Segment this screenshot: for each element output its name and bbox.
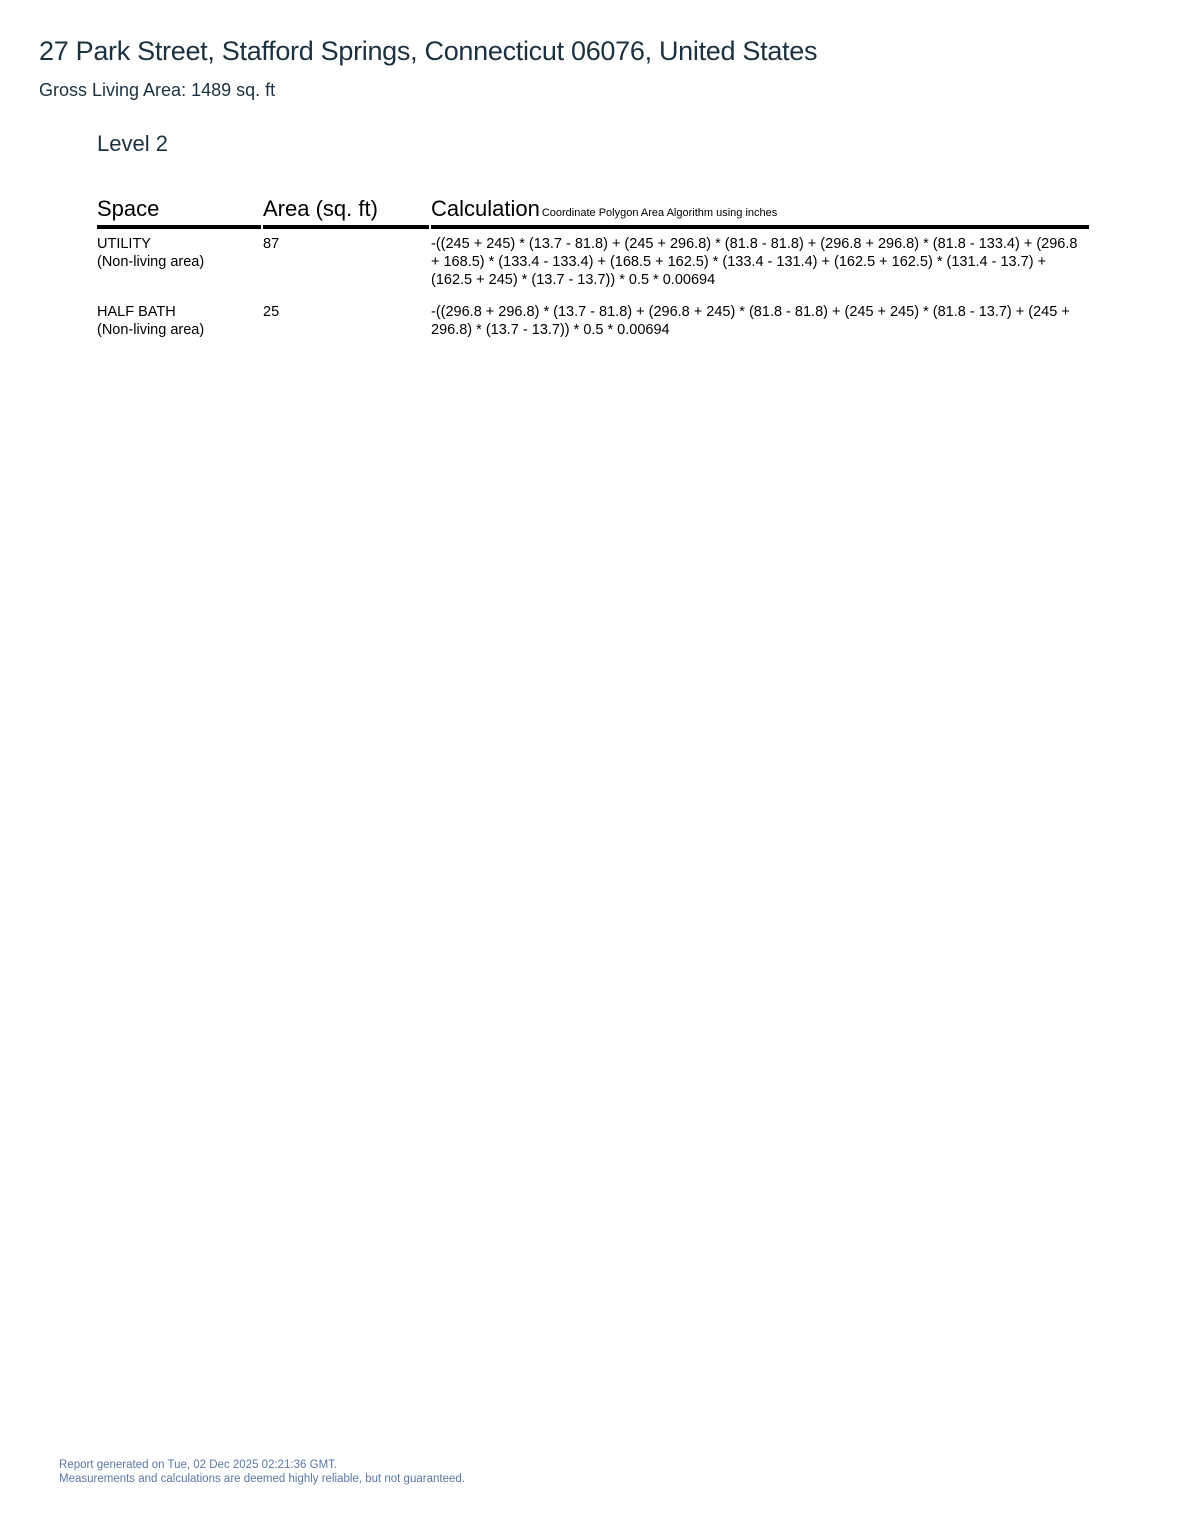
report-disclaimer-text: Measurements and calculations are deemed… [59, 1472, 465, 1486]
table-header-row: Space Area (sq. ft) CalculationCoordinat… [97, 196, 1089, 229]
column-header-calculation: CalculationCoordinate Polygon Area Algor… [431, 196, 1089, 229]
table-row: HALF BATH (Non-living area) 25 -((296.8 … [97, 297, 1089, 347]
calculation-method-note: Coordinate Polygon Area Algorithm using … [542, 207, 777, 219]
property-address: 27 Park Street, Stafford Springs, Connec… [39, 36, 817, 67]
space-name: UTILITY [97, 235, 261, 253]
gross-living-area: Gross Living Area: 1489 sq. ft [39, 80, 275, 101]
level-title: Level 2 [97, 131, 168, 157]
space-type: (Non-living area) [97, 253, 261, 271]
area-calculation-table: Space Area (sq. ft) CalculationCoordinat… [95, 196, 1091, 347]
space-cell: HALF BATH (Non-living area) [97, 297, 261, 347]
area-cell: 25 [263, 297, 429, 347]
column-header-space-label: Space [97, 196, 159, 221]
column-header-area: Area (sq. ft) [263, 196, 429, 229]
column-header-calculation-label: Calculation [431, 196, 540, 221]
calculation-cell: -((245 + 245) * (13.7 - 81.8) + (245 + 2… [431, 229, 1089, 297]
report-footer: Report generated on Tue, 02 Dec 2025 02:… [59, 1458, 465, 1486]
table-row: UTILITY (Non-living area) 87 -((245 + 24… [97, 229, 1089, 297]
report-generated-text: Report generated on Tue, 02 Dec 2025 02:… [59, 1458, 465, 1472]
column-header-area-label: Area (sq. ft) [263, 196, 378, 221]
calculation-cell: -((296.8 + 296.8) * (13.7 - 81.8) + (296… [431, 297, 1089, 347]
space-cell: UTILITY (Non-living area) [97, 229, 261, 297]
space-name: HALF BATH [97, 303, 261, 321]
space-type: (Non-living area) [97, 321, 261, 339]
area-cell: 87 [263, 229, 429, 297]
column-header-space: Space [97, 196, 261, 229]
